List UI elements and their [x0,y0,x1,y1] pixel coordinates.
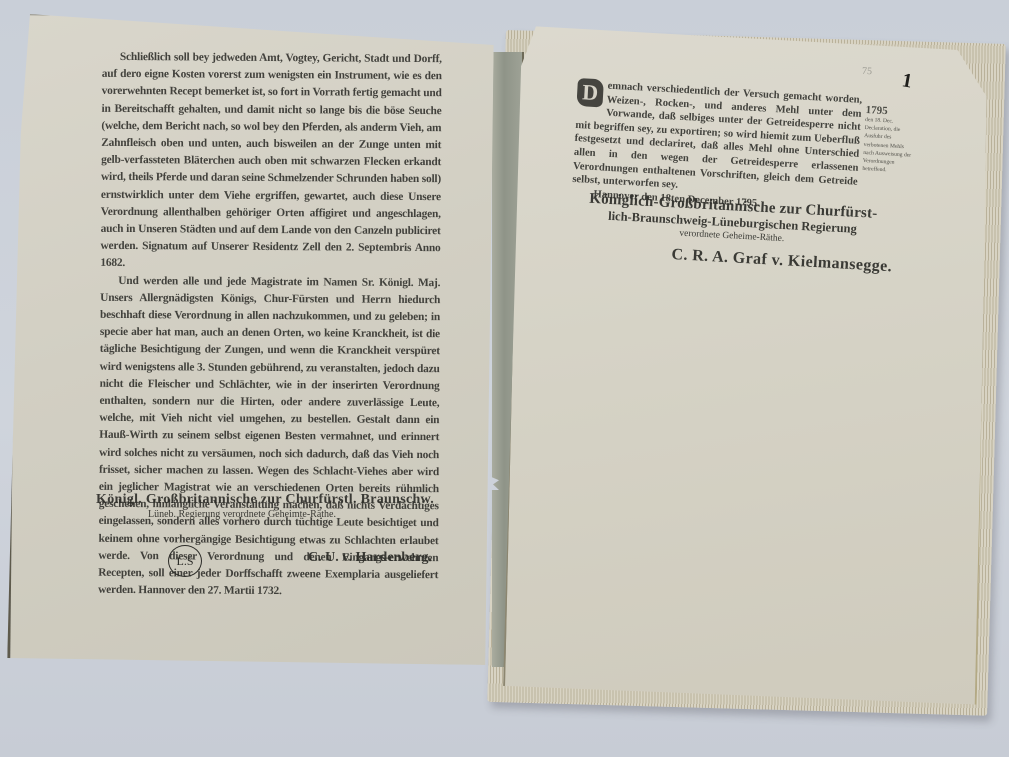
right-body-text: emnach verschiedentlich der Versuch gema… [572,81,862,191]
seal-text: L.S [176,554,193,569]
left-signer-name: C. U. v. Hardenberg. [308,550,432,566]
left-authority-subline: Lüneb. Regierung verordnete Geheimte-Rät… [148,509,446,520]
left-authority-line: Königl. Großbritannische zur Churfürstl.… [96,492,446,508]
pencil-page-number: 75 [862,66,873,78]
drop-cap-ornament-icon: D [576,78,604,107]
margin-note-text: den 18. Dec. Declaration, die Ausfuhr de… [862,116,915,176]
photo-scene: Schließlich soll bey jedweden Amt, Vogte… [0,0,1009,757]
left-signature-block: Königl. Großbritannische zur Churfürstl.… [96,492,446,520]
left-paragraph-1: Schließlich soll bey jedweden Amt, Vogte… [100,49,442,275]
margin-note: 1795 den 18. Dec. Declaration, die Ausfu… [862,104,916,176]
seal-stamp-icon: L.S [168,545,202,577]
